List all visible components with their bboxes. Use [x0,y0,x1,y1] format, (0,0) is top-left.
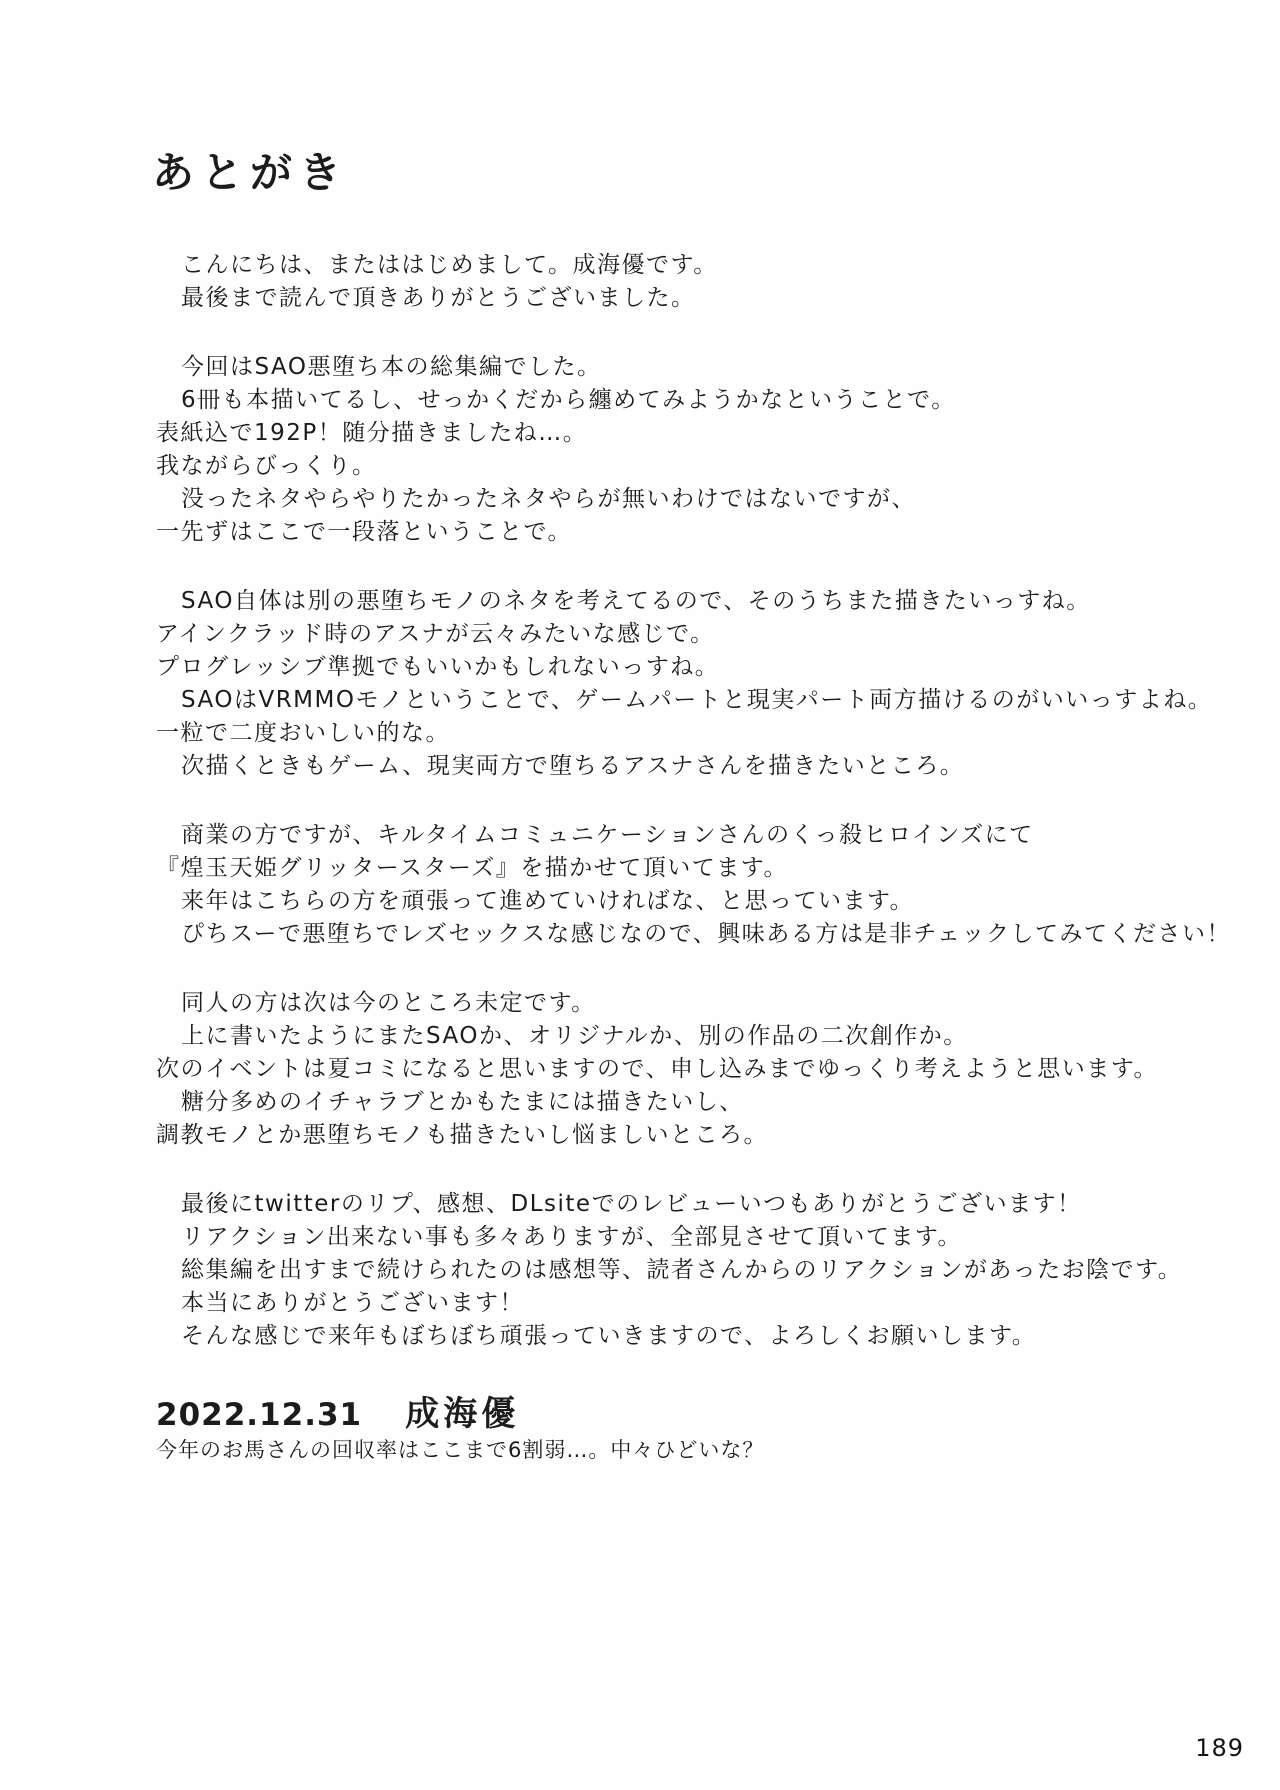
text-line: アインクラッド時のアスナが云々みたいな感じで。 [156,618,1260,651]
signature-note: 今年のお馬さんの回収率はここまで6割弱…。中々ひどいな？ [156,1434,764,1466]
text-line: こんにちは、またははじめまして。成海優です。 [156,249,1260,282]
text-line: そんな感じで来年もぼちぼち頑張っていきますので、よろしくお願いします。 [156,1320,1260,1353]
afterword-page: あとがき こんにちは、またははじめまして。成海優です。最後まで読んで頂きありがと… [0,0,1280,1790]
text-line: 没ったネタやらやりたかったネタやらが無いわけではないですが、 [156,483,1260,516]
text-line: 調教モノとか悪堕ちモノも描きたいし悩ましいところ。 [156,1119,1260,1152]
text-line: 次描くときもゲーム、現実両方で堕ちるアスナさんを描きたいところ。 [156,750,1260,783]
paragraph: SAO自体は別の悪堕ちモノのネタを考えてるので、そのうちまた描きたいっすね。アイ… [156,585,1260,783]
signature-date: 2022.12.31 [156,1397,362,1433]
text-line: 商業の方ですが、キルタイムコミュニケーションさんのくっ殺ヒロインズにて [156,819,1260,852]
afterword-body: こんにちは、またははじめまして。成海優です。最後まで読んで頂きありがとうございま… [156,249,1260,1389]
text-line: SAOはVRMMOモノということで、ゲームパートと現実パート両方描けるのがいいっ… [156,684,1260,717]
page-number: 189 [1195,1734,1244,1762]
text-line: 我ながらびっくり。 [156,450,1260,483]
page-title: あとがき [152,140,348,200]
text-line: 6冊も本描いてるし、せっかくだから纏めてみようかなということで。 [156,384,1260,417]
text-line: 本当にありがとうございます！ [156,1287,1260,1320]
paragraph: 商業の方ですが、キルタイムコミュニケーションさんのくっ殺ヒロインズにて『煌玉天姫… [156,819,1260,951]
text-line: 今回はSAO悪堕ち本の総集編でした。 [156,351,1260,384]
text-line: リアクション出来ない事も多々ありますが、全部見させて頂いてます。 [156,1221,1260,1254]
text-line: 最後にtwitterのリプ、感想、DLsiteでのレビューいつもありがとうござい… [156,1188,1260,1221]
signature: 2022.12.31 成海優 [156,1386,519,1435]
text-line: 次のイベントは夏コミになると思いますので、申し込みまでゆっくり考えようと思います… [156,1053,1260,1086]
text-line: 総集編を出すまで続けられたのは感想等、読者さんからのリアクションがあったお陰です… [156,1254,1260,1287]
text-line: 『煌玉天姫グリッタースターズ』を描かせて頂いてます。 [156,852,1260,885]
text-line: 糖分多めのイチャラブとかもたまには描きたいし、 [156,1086,1260,1119]
text-line: プログレッシブ準拠でもいいかもしれないっすね。 [156,651,1260,684]
paragraph: 今回はSAO悪堕ち本の総集編でした。6冊も本描いてるし、せっかくだから纏めてみよ… [156,351,1260,549]
text-line: 最後まで読んで頂きありがとうございました。 [156,282,1260,315]
paragraph: 同人の方は次は今のところ未定です。上に書いたようにまたSAOか、オリジナルか、別… [156,987,1260,1152]
paragraph: 最後にtwitterのリプ、感想、DLsiteでのレビューいつもありがとうござい… [156,1188,1260,1353]
paragraph: こんにちは、またははじめまして。成海優です。最後まで読んで頂きありがとうございま… [156,249,1260,315]
text-line: 上に書いたようにまたSAOか、オリジナルか、別の作品の二次創作か。 [156,1020,1260,1053]
text-line: 同人の方は次は今のところ未定です。 [156,987,1260,1020]
signature-name: 成海優 [405,1386,519,1435]
text-line: ぴちスーで悪堕ちでレズセックスな感じなので、興味ある方は是非チェックしてみてくだ… [156,918,1260,951]
text-line: SAO自体は別の悪堕ちモノのネタを考えてるので、そのうちまた描きたいっすね。 [156,585,1260,618]
text-line: 表紙込で192P！随分描きましたね…。 [156,417,1260,450]
text-line: 一粒で二度おいしい的な。 [156,717,1260,750]
text-line: 来年はこちらの方を頑張って進めていければな、と思っています。 [156,885,1260,918]
text-line: 一先ずはここで一段落ということで。 [156,516,1260,549]
